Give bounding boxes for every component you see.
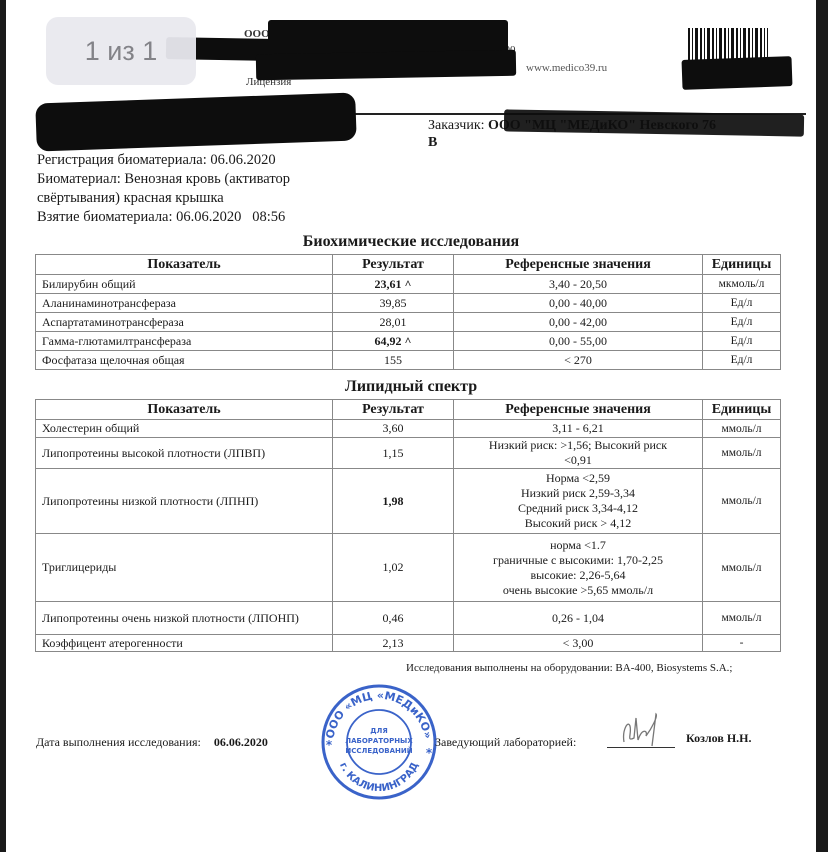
table-row: Коэффицент атерогенности2,13< 3,00-	[36, 635, 781, 652]
redaction-mark	[35, 92, 356, 151]
svg-text:ДЛЯ: ДЛЯ	[370, 727, 387, 735]
col-indicator: Показатель	[36, 400, 333, 420]
units: Ед/л	[703, 351, 781, 370]
indicator-name: Аспартатаминотрансфераза	[36, 313, 333, 332]
col-reference: Референсные значения	[454, 400, 703, 420]
units: ммоль/л	[703, 602, 781, 635]
reference-range: < 270	[454, 351, 703, 370]
sampling-datetime: Взятие биоматериала: 06.06.2020 08:56	[37, 208, 290, 227]
result-value: 39,85	[333, 294, 454, 313]
equipment-note: Исследования выполнены на оборудовании: …	[406, 662, 732, 674]
reference-range: Низкий риск: >1,56; Высокий риск<0,91	[454, 438, 703, 469]
customer-value-tail: В	[428, 135, 437, 150]
col-indicator: Показатель	[36, 255, 333, 275]
result-value: 28,01	[333, 313, 454, 332]
lipid-table: Показатель Результат Референсные значени…	[35, 399, 781, 652]
indicator-name: Билирубин общий	[36, 275, 333, 294]
biochem-table: Показатель Результат Референсные значени…	[35, 254, 781, 370]
indicator-name: Фосфатаза щелочная общая	[36, 351, 333, 370]
lipid-section-title: Липидный спектр	[6, 378, 816, 396]
col-result: Результат	[333, 400, 454, 420]
indicator-name: Липопротеины высокой плотности (ЛПВП)	[36, 438, 333, 469]
units: Ед/л	[703, 294, 781, 313]
table-row: Билирубин общий23,61 ^3,40 - 20,50мкмоль…	[36, 275, 781, 294]
table-row: Аланинаминотрансфераза39,850,00 - 40,00Е…	[36, 294, 781, 313]
svg-text:ЛАБОРАТОРНЫХ: ЛАБОРАТОРНЫХ	[345, 737, 413, 745]
units: Ед/л	[703, 332, 781, 351]
units: ммоль/л	[703, 420, 781, 438]
indicator-name: Холестерин общий	[36, 420, 333, 438]
col-result: Результат	[333, 255, 454, 275]
completion-date-label: Дата выполнения исследования:	[36, 735, 201, 749]
result-value: 64,92 ^	[333, 332, 454, 351]
reference-range: 3,11 - 6,21	[454, 420, 703, 438]
indicator-name: Липопротеины очень низкой плотности (ЛПО…	[36, 602, 333, 635]
lab-report-page: 1 из 1 ООО Лицензия 100 www.medico39.ru …	[6, 0, 816, 852]
page-counter-badge: 1 из 1	[46, 17, 196, 85]
redaction-mark	[682, 56, 793, 90]
customer-label: Заказчик:	[428, 118, 485, 133]
reference-range: 3,40 - 20,50	[454, 275, 703, 294]
units: -	[703, 635, 781, 652]
biomaterial-line-1: Биоматериал: Венозная кровь (активатор	[37, 170, 290, 189]
biochem-section-title: Биохимические исследования	[6, 233, 816, 251]
col-reference: Референсные значения	[454, 255, 703, 275]
svg-text:*: *	[426, 746, 433, 760]
svg-text:ИССЛЕДОВАНИЙ: ИССЛЕДОВАНИЙ	[345, 746, 412, 755]
reference-range: 0,00 - 55,00	[454, 332, 703, 351]
result-value: 1,15	[333, 438, 454, 469]
table-row: Фосфатаза щелочная общая155< 270Ед/л	[36, 351, 781, 370]
registration-date: Регистрация биоматериала: 06.06.2020	[37, 151, 290, 170]
reference-range: норма <1.7граничные с высокими: 1,70-2,2…	[454, 534, 703, 602]
table-row: Аспартатаминотрансфераза28,010,00 - 42,0…	[36, 313, 781, 332]
head-of-lab-name: Козлов Н.Н.	[686, 731, 752, 746]
result-value: 2,13	[333, 635, 454, 652]
table-row: Липопротеины низкой плотности (ЛПНП)1,98…	[36, 469, 781, 534]
table-row: Триглицериды1,02норма <1.7граничные с вы…	[36, 534, 781, 602]
result-value: 3,60	[333, 420, 454, 438]
indicator-name: Триглицериды	[36, 534, 333, 602]
head-of-lab-label: Заведующий лабораторией:	[435, 735, 576, 750]
indicator-name: Гамма-глютамилтрансфераза	[36, 332, 333, 351]
svg-text:*: *	[326, 738, 333, 752]
signature-line	[607, 747, 675, 748]
completion-date: Дата выполнения исследования: 06.06.2020	[36, 735, 268, 750]
indicator-name: Липопротеины низкой плотности (ЛПНП)	[36, 469, 333, 534]
table-row: Липопротеины очень низкой плотности (ЛПО…	[36, 602, 781, 635]
units: ммоль/л	[703, 438, 781, 469]
indicator-name: Коэффицент атерогенности	[36, 635, 333, 652]
indicator-name: Аланинаминотрансфераза	[36, 294, 333, 313]
result-value: 1,02	[333, 534, 454, 602]
redaction-mark	[256, 50, 516, 81]
col-units: Единицы	[703, 255, 781, 275]
reference-range: 0,26 - 1,04	[454, 602, 703, 635]
reference-range: < 3,00	[454, 635, 703, 652]
table-row: Холестерин общий3,603,11 - 6,21ммоль/л	[36, 420, 781, 438]
result-value: 155	[333, 351, 454, 370]
reference-range: Норма <2,59Низкий риск 2,59-3,34Средний …	[454, 469, 703, 534]
units: ммоль/л	[703, 534, 781, 602]
table-row: Гамма-глютамилтрансфераза64,92 ^0,00 - 5…	[36, 332, 781, 351]
reference-range: 0,00 - 42,00	[454, 313, 703, 332]
result-value: 0,46	[333, 602, 454, 635]
units: Ед/л	[703, 313, 781, 332]
reference-range: 0,00 - 40,00	[454, 294, 703, 313]
col-units: Единицы	[703, 400, 781, 420]
website-fragment: www.medico39.ru	[526, 62, 607, 74]
signature	[618, 712, 668, 752]
patient-info: Регистрация биоматериала: 06.06.2020 Био…	[37, 151, 290, 227]
clinic-stamp: ООО «МЦ «МЕДиКО» г. КАЛИНИНГРАД ДЛЯ ЛАБО…	[315, 683, 443, 801]
result-value: 23,61 ^	[333, 275, 454, 294]
units: ммоль/л	[703, 469, 781, 534]
completion-date-value: 06.06.2020	[214, 735, 268, 749]
table-row: Липопротеины высокой плотности (ЛПВП)1,1…	[36, 438, 781, 469]
biomaterial-line-2: свёртывания) красная крышка	[37, 189, 290, 208]
result-value: 1,98	[333, 469, 454, 534]
units: мкмоль/л	[703, 275, 781, 294]
